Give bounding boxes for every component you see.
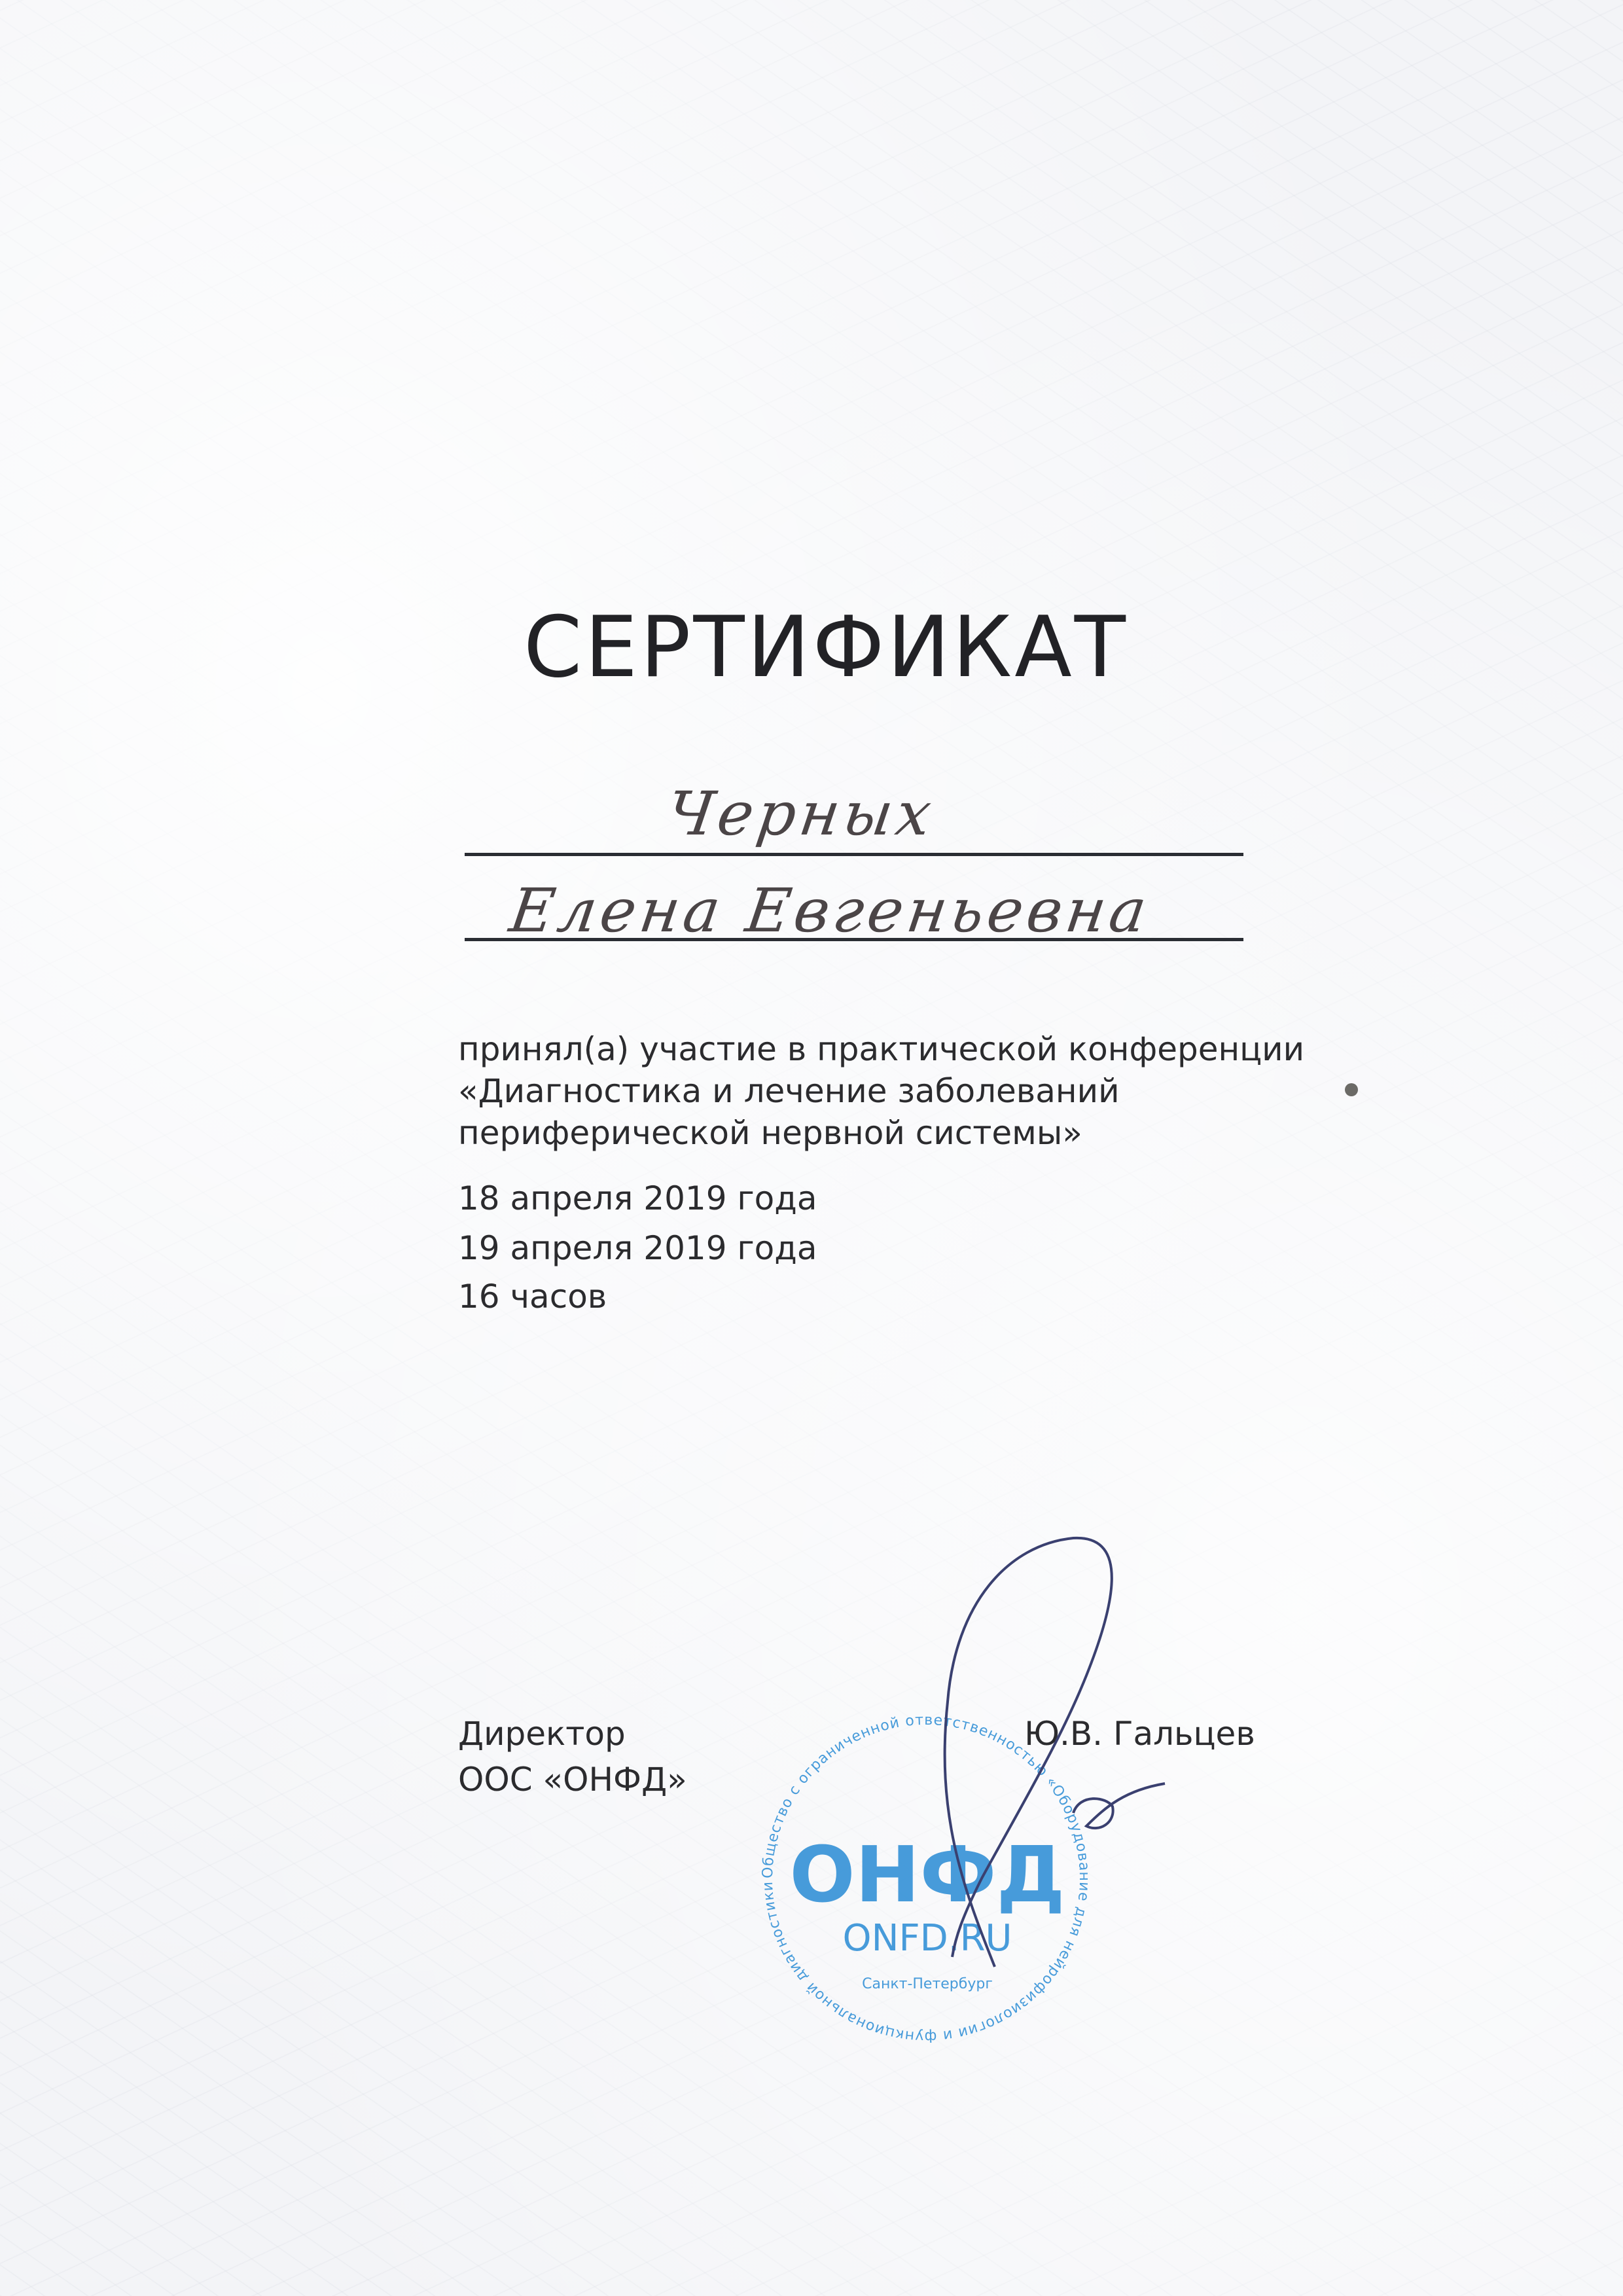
recipient-surname: Черных	[662, 779, 939, 849]
organization-stamp: Общество с ограниченной ответственностью…	[749, 1702, 1103, 2055]
stamp-city: Санкт-Петербург	[862, 1976, 993, 1992]
ink-speck	[1345, 1083, 1358, 1096]
conference-title-line-1: «Диагностика и лечение заболеваний	[458, 1071, 1120, 1111]
conference-date-2: 19 апреля 2019 года	[458, 1228, 817, 1268]
name-underline-2	[465, 938, 1243, 941]
participation-statement: принял(а) участие в практической конфере…	[458, 1029, 1304, 1069]
recipient-given-names: Елена Евгеньевна	[505, 876, 1154, 946]
stamp-logo: ОНФД	[789, 1829, 1065, 1920]
signer-position: Директор	[458, 1715, 626, 1753]
certificate-title: СЕРТИФИКАТ	[524, 599, 1113, 696]
conference-title-line-2: периферической нервной системы»	[458, 1113, 1082, 1153]
conference-date-1: 18 апреля 2019 года	[458, 1178, 817, 1219]
name-underline-1	[465, 853, 1243, 856]
signer-organization: ООС «ОНФД»	[458, 1761, 687, 1799]
conference-hours: 16 часов	[458, 1276, 607, 1317]
stamp-website: ONFD.RU	[843, 1917, 1012, 1960]
